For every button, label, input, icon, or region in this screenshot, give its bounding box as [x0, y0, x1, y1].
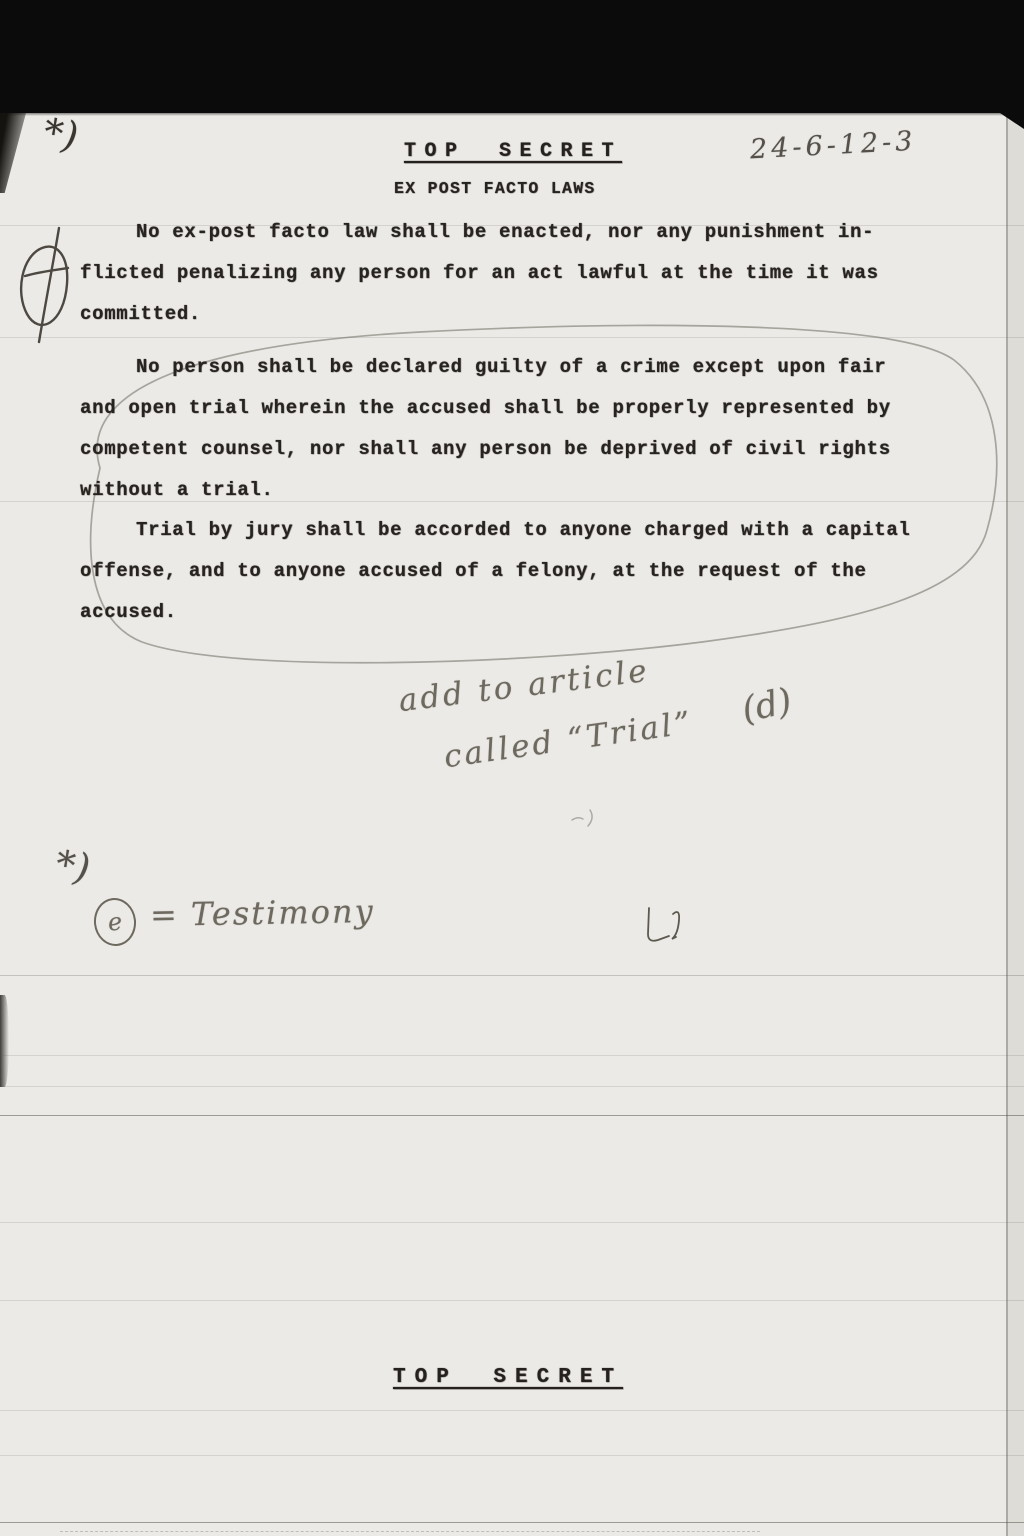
paragraph1-line2: flicted penalizing any person for an act… [80, 253, 940, 294]
classification-footer: TOP SECRET [393, 1366, 623, 1389]
circled-letter-text: e [106, 907, 123, 936]
scan-line [0, 1300, 1024, 1301]
paragraph2-line3: competent counsel, nor shall any person … [80, 429, 940, 470]
paragraph3-line1: Trial by jury shall be accorded to anyon… [80, 510, 996, 551]
scan-line [60, 1531, 760, 1532]
paragraph2-line1: No person shall be declared guilty of a … [80, 347, 996, 388]
paragraph1-line3: committed. [80, 294, 940, 335]
testimony-note: = Testimony [150, 892, 375, 934]
paper-right-edge-strip [1008, 113, 1024, 1536]
document-title: EX POST FACTO LAWS [394, 178, 596, 200]
paragraph2-line2: and open trial wherein the accused shall… [80, 388, 940, 429]
paragraph1-line1: No ex-post facto law shall be enacted, n… [80, 212, 996, 253]
paper-top-edge-shadow [0, 113, 1024, 116]
scanner-left-sliver [0, 995, 9, 1087]
paragraph2-line4: without a trial. [80, 470, 940, 511]
scan-line [0, 1222, 1024, 1223]
margin-asterisk-mid: *) [53, 842, 93, 891]
scan-line [0, 1055, 1024, 1056]
paragraph3-line2: offense, and to anyone accused of a felo… [80, 551, 940, 592]
scanner-black-bar-top [0, 0, 1024, 113]
scan-line [0, 337, 1024, 338]
scan-line [0, 1410, 1024, 1411]
paragraph3-line3: accused. [80, 592, 940, 633]
scan-line [0, 1115, 1024, 1116]
scan-line [0, 1522, 1024, 1523]
margin-asterisk-top: *) [41, 110, 81, 159]
scan-line [0, 1086, 1024, 1087]
scanned-document-page: *) TOP SECRET 24-6-12-3 EX POST FACTO LA… [0, 0, 1024, 1536]
scan-line [0, 1455, 1024, 1456]
classification-header: TOP SECRET [404, 140, 622, 163]
scan-line [0, 975, 1024, 976]
